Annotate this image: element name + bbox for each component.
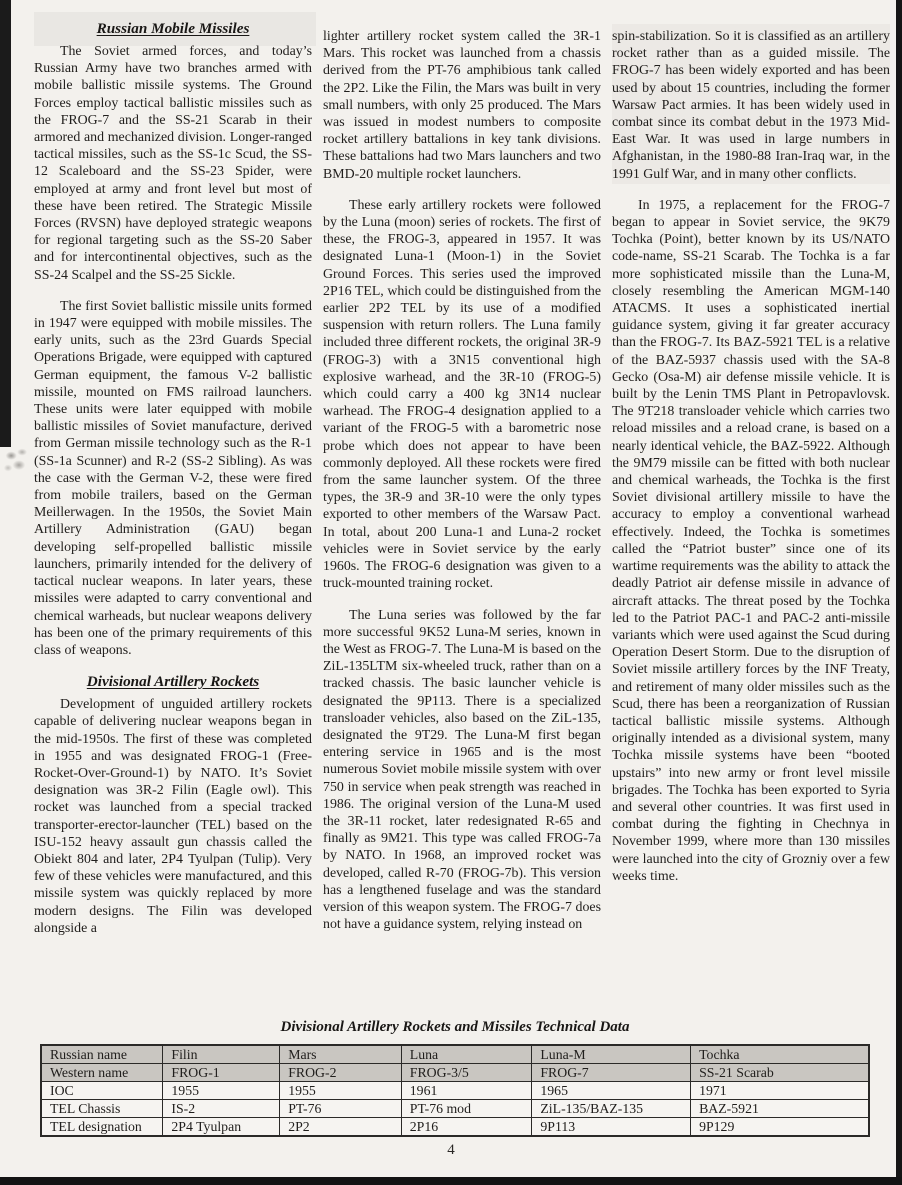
table-cell: FROG-3/5 (401, 1064, 532, 1082)
paragraph: The Soviet armed forces, and today’s Rus… (34, 43, 312, 284)
article-columns: Russian Mobile Missiles The Soviet armed… (34, 18, 890, 1016)
paragraph: These early artillery rockets were follo… (323, 197, 601, 593)
table-cell: 1955 (280, 1082, 402, 1100)
table-cell: Russian name (41, 1045, 163, 1064)
paragraph: Development of unguided artillery rocket… (34, 696, 312, 937)
table-cell: 1971 (691, 1082, 869, 1100)
column-2: lighter artillery rocket system called t… (323, 18, 601, 1016)
table-cell: BAZ-5921 (691, 1100, 869, 1118)
table-cell: Mars (280, 1045, 402, 1064)
table-cell: Luna (401, 1045, 532, 1064)
table-cell: Filin (163, 1045, 280, 1064)
table-cell: SS-21 Scarab (691, 1064, 869, 1082)
table-row-tel-chassis: TEL Chassis IS-2 PT-76 PT-76 mod ZiL-135… (41, 1100, 869, 1118)
table-cell: 9P129 (691, 1118, 869, 1137)
paragraph: The Luna series was followed by the far … (323, 607, 601, 934)
table-cell: FROG-7 (532, 1064, 691, 1082)
page-number: 4 (0, 1142, 902, 1159)
paragraph: The first Soviet ballistic missile units… (34, 298, 312, 659)
table-row-russian-name: Russian name Filin Mars Luna Luna-M Toch… (41, 1045, 869, 1064)
scan-edge-bottom (0, 1177, 902, 1185)
table-row-tel-designation: TEL designation 2P4 Tyulpan 2P2 2P16 9P1… (41, 1118, 869, 1137)
section-heading-divisional-artillery-rockets: Divisional Artillery Rockets (34, 673, 312, 691)
table-cell: 2P2 (280, 1118, 402, 1137)
table-row-western-name: Western name FROG-1 FROG-2 FROG-3/5 FROG… (41, 1064, 869, 1082)
table-cell: TEL Chassis (41, 1100, 163, 1118)
table-cell: 9P113 (532, 1118, 691, 1137)
table-cell: ZiL-135/BAZ-135 (532, 1100, 691, 1118)
table-cell: IS-2 (163, 1100, 280, 1118)
paragraph: In 1975, a replacement for the FROG-7 be… (612, 197, 890, 885)
table-cell: 1955 (163, 1082, 280, 1100)
column-3: spin-stabilization. So it is classified … (612, 18, 890, 1016)
table-cell: FROG-2 (280, 1064, 402, 1082)
table-title: Divisional Artillery Rockets and Missile… (40, 1019, 870, 1036)
section-heading-russian-mobile-missiles: Russian Mobile Missiles (34, 20, 312, 38)
paragraph: lighter artillery rocket system called t… (323, 28, 601, 183)
table-row-ioc: IOC 1955 1955 1961 1965 1971 (41, 1082, 869, 1100)
column-1: Russian Mobile Missiles The Soviet armed… (34, 18, 312, 1016)
table-cell: Tochka (691, 1045, 869, 1064)
table-cell: TEL designation (41, 1118, 163, 1137)
table-cell: FROG-1 (163, 1064, 280, 1082)
technical-data-table: Russian name Filin Mars Luna Luna-M Toch… (40, 1044, 870, 1137)
table-cell: Luna-M (532, 1045, 691, 1064)
table-cell: 2P4 Tyulpan (163, 1118, 280, 1137)
scan-edge-right (896, 0, 902, 1185)
table-cell: PT-76 mod (401, 1100, 532, 1118)
table-cell: IOC (41, 1082, 163, 1100)
table-cell: Western name (41, 1064, 163, 1082)
table-cell: 1965 (532, 1082, 691, 1100)
table-cell: PT-76 (280, 1100, 402, 1118)
ink-smudge (1, 442, 33, 478)
table-cell: 1961 (401, 1082, 532, 1100)
scanned-document-page: Russian Mobile Missiles The Soviet armed… (0, 0, 902, 1185)
paragraph: spin-stabilization. So it is classified … (612, 28, 890, 183)
scan-edge-left (0, 0, 11, 447)
table-cell: 2P16 (401, 1118, 532, 1137)
